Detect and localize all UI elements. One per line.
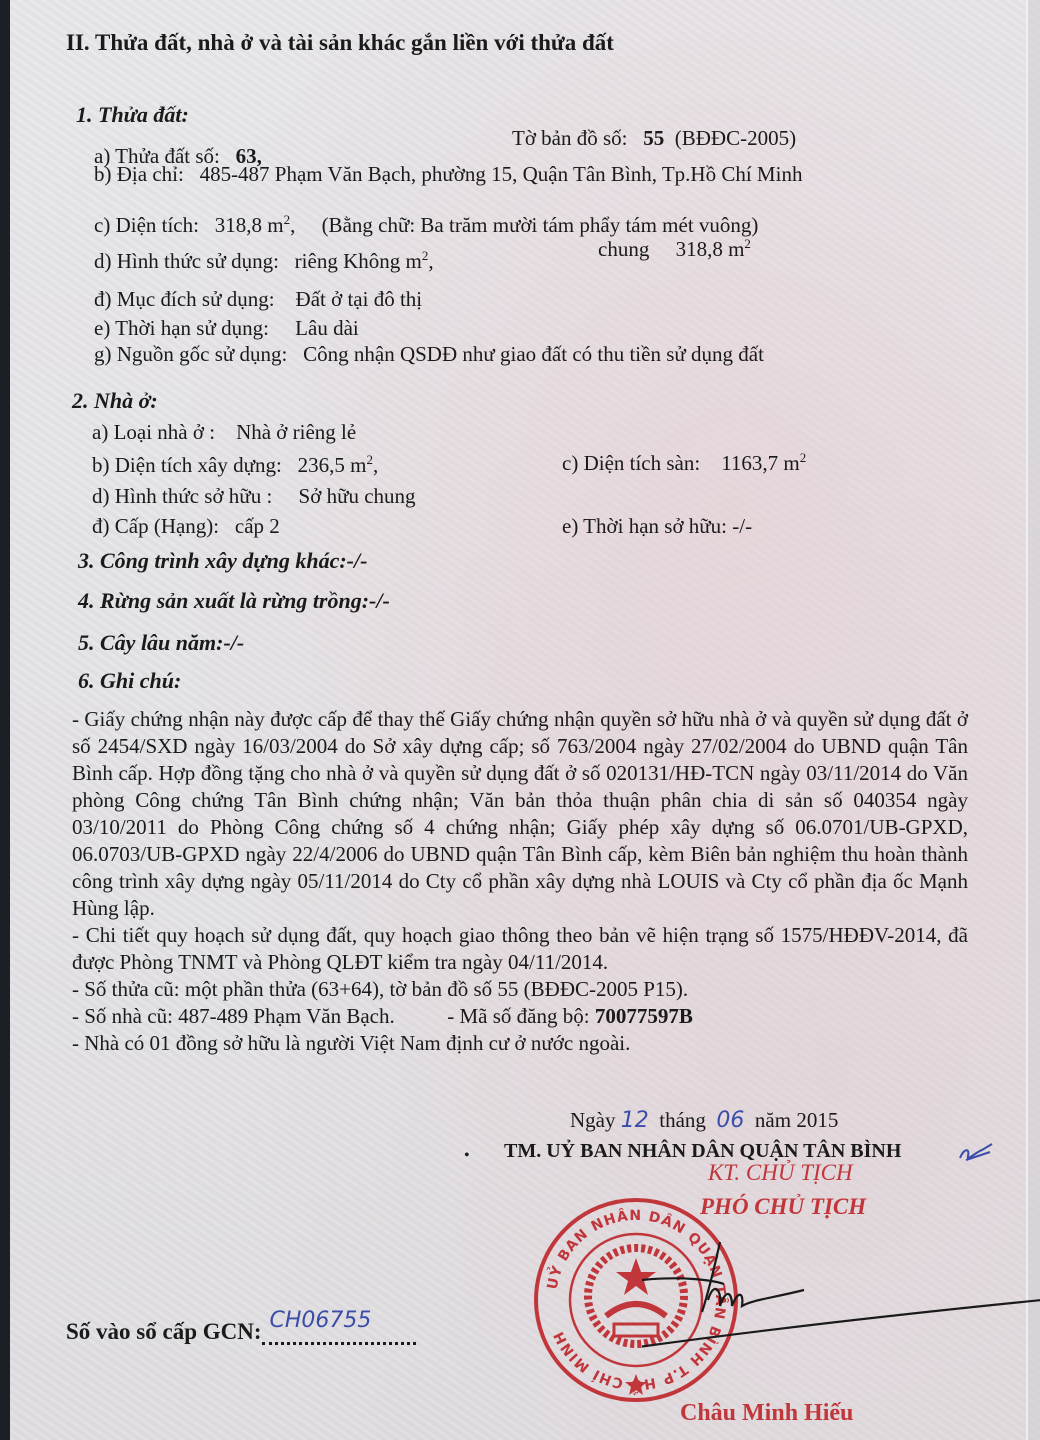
old-house-number: - Số nhà cũ: 487-489 Phạm Văn Bạch. [72,1004,395,1028]
note-co-owner: - Nhà có 01 đồng sở hữu là người Việt Na… [72,1030,968,1057]
notes-heading: 6. Ghi chú: [78,668,181,694]
perennial-trees: 5. Cây lâu năm:-/- [78,630,244,656]
notes-block: - Giấy chứng nhận này được cấp để thay t… [72,706,968,1057]
usage-origin: g) Nguồn gốc sử dụng: Công nhận QSDĐ như… [94,342,764,367]
address-value: 485-487 Phạm Văn Bạch, phường 15, Quận T… [200,162,803,186]
house-type-label: a) Loại nhà ở : [92,420,215,444]
day-label: Ngày [570,1108,616,1132]
purpose-label: đ) Mục đích sử dụng: [94,287,275,311]
house-type-value: Nhà ở riêng lẻ [236,420,356,444]
usage-common: chung 318,8 m2 [598,236,751,262]
certificate-page: II. Thửa đất, nhà ở và tài sản khác gắn … [10,0,1040,1440]
gcn-register: Số vào sổ cấp GCN: CH06755 [66,1318,416,1345]
build-area-value: 236,5 m [298,453,367,477]
signature-icon [642,1240,1040,1365]
register-label: Số vào sổ cấp GCN: [66,1319,262,1344]
bullet-mark: • [464,1147,470,1165]
ownership-form: d) Hình thức sở hữu : Sở hữu chung [92,484,416,509]
area-words: (Bằng chữ: Ba trăm mười tám phẩy tám mét… [322,213,759,237]
area-label: c) Diện tích: [94,213,199,237]
term-value: Lâu dài [295,316,359,340]
issue-date: Ngày 12 tháng 06 năm 2015 [570,1108,838,1133]
initial-mark-icon [956,1140,996,1171]
origin-value: Công nhận QSDĐ như giao đất có thu tiền … [303,342,764,366]
year-value: 2015 [796,1108,838,1132]
term-label: e) Thời hạn sử dụng: [94,316,269,340]
map-sheet-label: Tờ bản đồ số: [512,126,628,150]
ownership-label: d) Hình thức sở hữu : [92,484,272,508]
usage-term: e) Thời hạn sử dụng: Lâu dài [94,316,359,341]
land-heading: 1. Thửa đất: [76,102,189,128]
house-type: a) Loại nhà ở : Nhà ở riêng lẻ [92,420,356,445]
register-value: CH06755 [270,1308,372,1333]
other-works: 3. Công trình xây dựng khác:-/- [78,548,367,574]
ownership-value: Sở hữu chung [299,484,416,508]
section-title: II. Thửa đất, nhà ở và tài sản khác gắn … [66,30,614,56]
build-area: b) Diện tích xây dựng: 236,5 m2, [92,452,378,478]
address: b) Địa chỉ: 485-487 Phạm Văn Bạch, phườn… [94,162,802,187]
note-old-house: - Số nhà cũ: 487-489 Phạm Văn Bạch. - Mã… [72,1003,968,1030]
grade-value: cấp 2 [235,514,280,538]
floor-area-label: c) Diện tích sàn: [562,451,700,475]
usage-common-value: 318,8 m [676,237,745,261]
house-grade: đ) Cấp (Hạng): cấp 2 [92,514,280,539]
signer-role-1: KT. CHỦ TỊCH [708,1160,853,1186]
page-edge [1026,0,1040,1440]
production-forest: 4. Rừng sản xuất là rừng trồng:-/- [78,588,390,614]
house-heading: 2. Nhà ở: [72,388,158,414]
month-value: 06 [716,1108,744,1133]
usage-common-label: chung [598,237,649,261]
note-old-parcel: - Số thửa cũ: một phần thửa (63+64), tờ … [72,976,968,1003]
floor-area: c) Diện tích sàn: 1163,7 m2 [562,450,806,476]
note-planning: - Chi tiết quy hoạch sử dụng đất, quy ho… [72,922,968,976]
note-replacement: - Giấy chứng nhận này được cấp để thay t… [72,706,968,922]
registry-value: 70077597B [595,1004,693,1028]
registry-label: - Mã số đăng bộ: [447,1004,589,1028]
usage-private: riêng Không m [295,249,422,273]
build-area-label: b) Diện tích xây dựng: [92,453,282,477]
map-sheet: Tờ bản đồ số: 55 (BĐĐC-2005) [512,126,796,151]
signer-name: Châu Minh Hiếu [680,1400,853,1427]
day-value: 12 [621,1108,649,1133]
area-value: 318,8 m [215,213,284,237]
month-label: tháng [659,1108,706,1132]
land-area: c) Diện tích: 318,8 m2, (Bằng chữ: Ba tr… [94,212,758,238]
floor-area-value: 1163,7 m [721,451,800,475]
map-sheet-value: 55 [643,126,664,150]
purpose: đ) Mục đích sử dụng: Đất ở tại đô thị [94,287,422,312]
grade-label: đ) Cấp (Hạng): [92,514,219,538]
purpose-value: Đất ở tại đô thị [296,287,423,311]
map-sheet-note: (BĐĐC-2005) [675,126,796,150]
origin-label: g) Nguồn gốc sử dụng: [94,342,287,366]
usage-form: d) Hình thức sử dụng: riêng Không m2, [94,248,434,274]
year-label: năm [755,1108,791,1132]
ownership-term: e) Thời hạn sở hữu: -/- [562,514,752,539]
address-label: b) Địa chỉ: [94,162,184,186]
usage-form-label: d) Hình thức sử dụng: [94,249,279,273]
